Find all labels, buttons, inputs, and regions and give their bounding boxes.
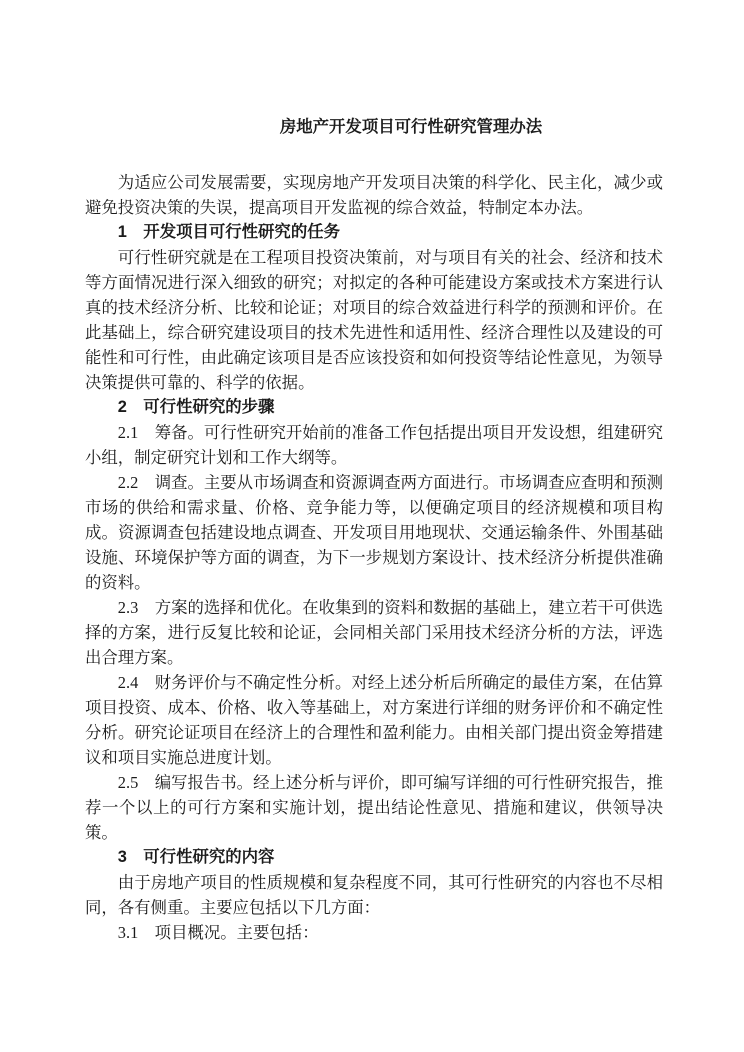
section-2-item-2-4: 2.4 财务评价与不确定性分析。对经上述分析后所确定的最佳方案，在估算项目投资、… [85, 670, 663, 770]
section-2-item-2-1: 2.1 筹备。可行性研究开始前的准备工作包括提出项目开发设想，组建研究小组，制定… [85, 420, 663, 470]
section-1-heading: 1 开发项目可行性研究的任务 [85, 220, 663, 245]
document-page: 房地产开发项目可行性研究管理办法 为适应公司发展需要，实现房地产开发项目决策的科… [0, 0, 744, 1052]
section-2-item-2-3: 2.3 方案的选择和优化。在收集到的资料和数据的基础上，建立若干可供选择的方案，… [85, 595, 663, 670]
section-3-heading: 3 可行性研究的内容 [85, 845, 663, 870]
section-3-paragraph-1: 由于房地产项目的性质规模和复杂程度不同，其可行性研究的内容也不尽相同，各有侧重。… [85, 870, 663, 920]
document-content: 房地产开发项目可行性研究管理办法 为适应公司发展需要，实现房地产开发项目决策的科… [85, 115, 663, 945]
section-2-item-2-5: 2.5 编写报告书。经上述分析与评价，即可编写详细的可行性研究报告，推荐一个以上… [85, 770, 663, 845]
intro-paragraph: 为适应公司发展需要，实现房地产开发项目决策的科学化、民主化，减少或避免投资决策的… [85, 170, 663, 220]
document-title: 房地产开发项目可行性研究管理办法 [85, 115, 663, 140]
section-2-heading: 2 可行性研究的步骤 [85, 395, 663, 420]
section-1-paragraph-1: 可行性研究就是在工程项目投资决策前，对与项目有关的社会、经济和技术等方面情况进行… [85, 245, 663, 395]
section-3-item-3-1: 3.1 项目概况。主要包括： [85, 920, 663, 945]
section-2-item-2-2: 2.2 调查。主要从市场调查和资源调查两方面进行。市场调查应查明和预测市场的供给… [85, 470, 663, 595]
